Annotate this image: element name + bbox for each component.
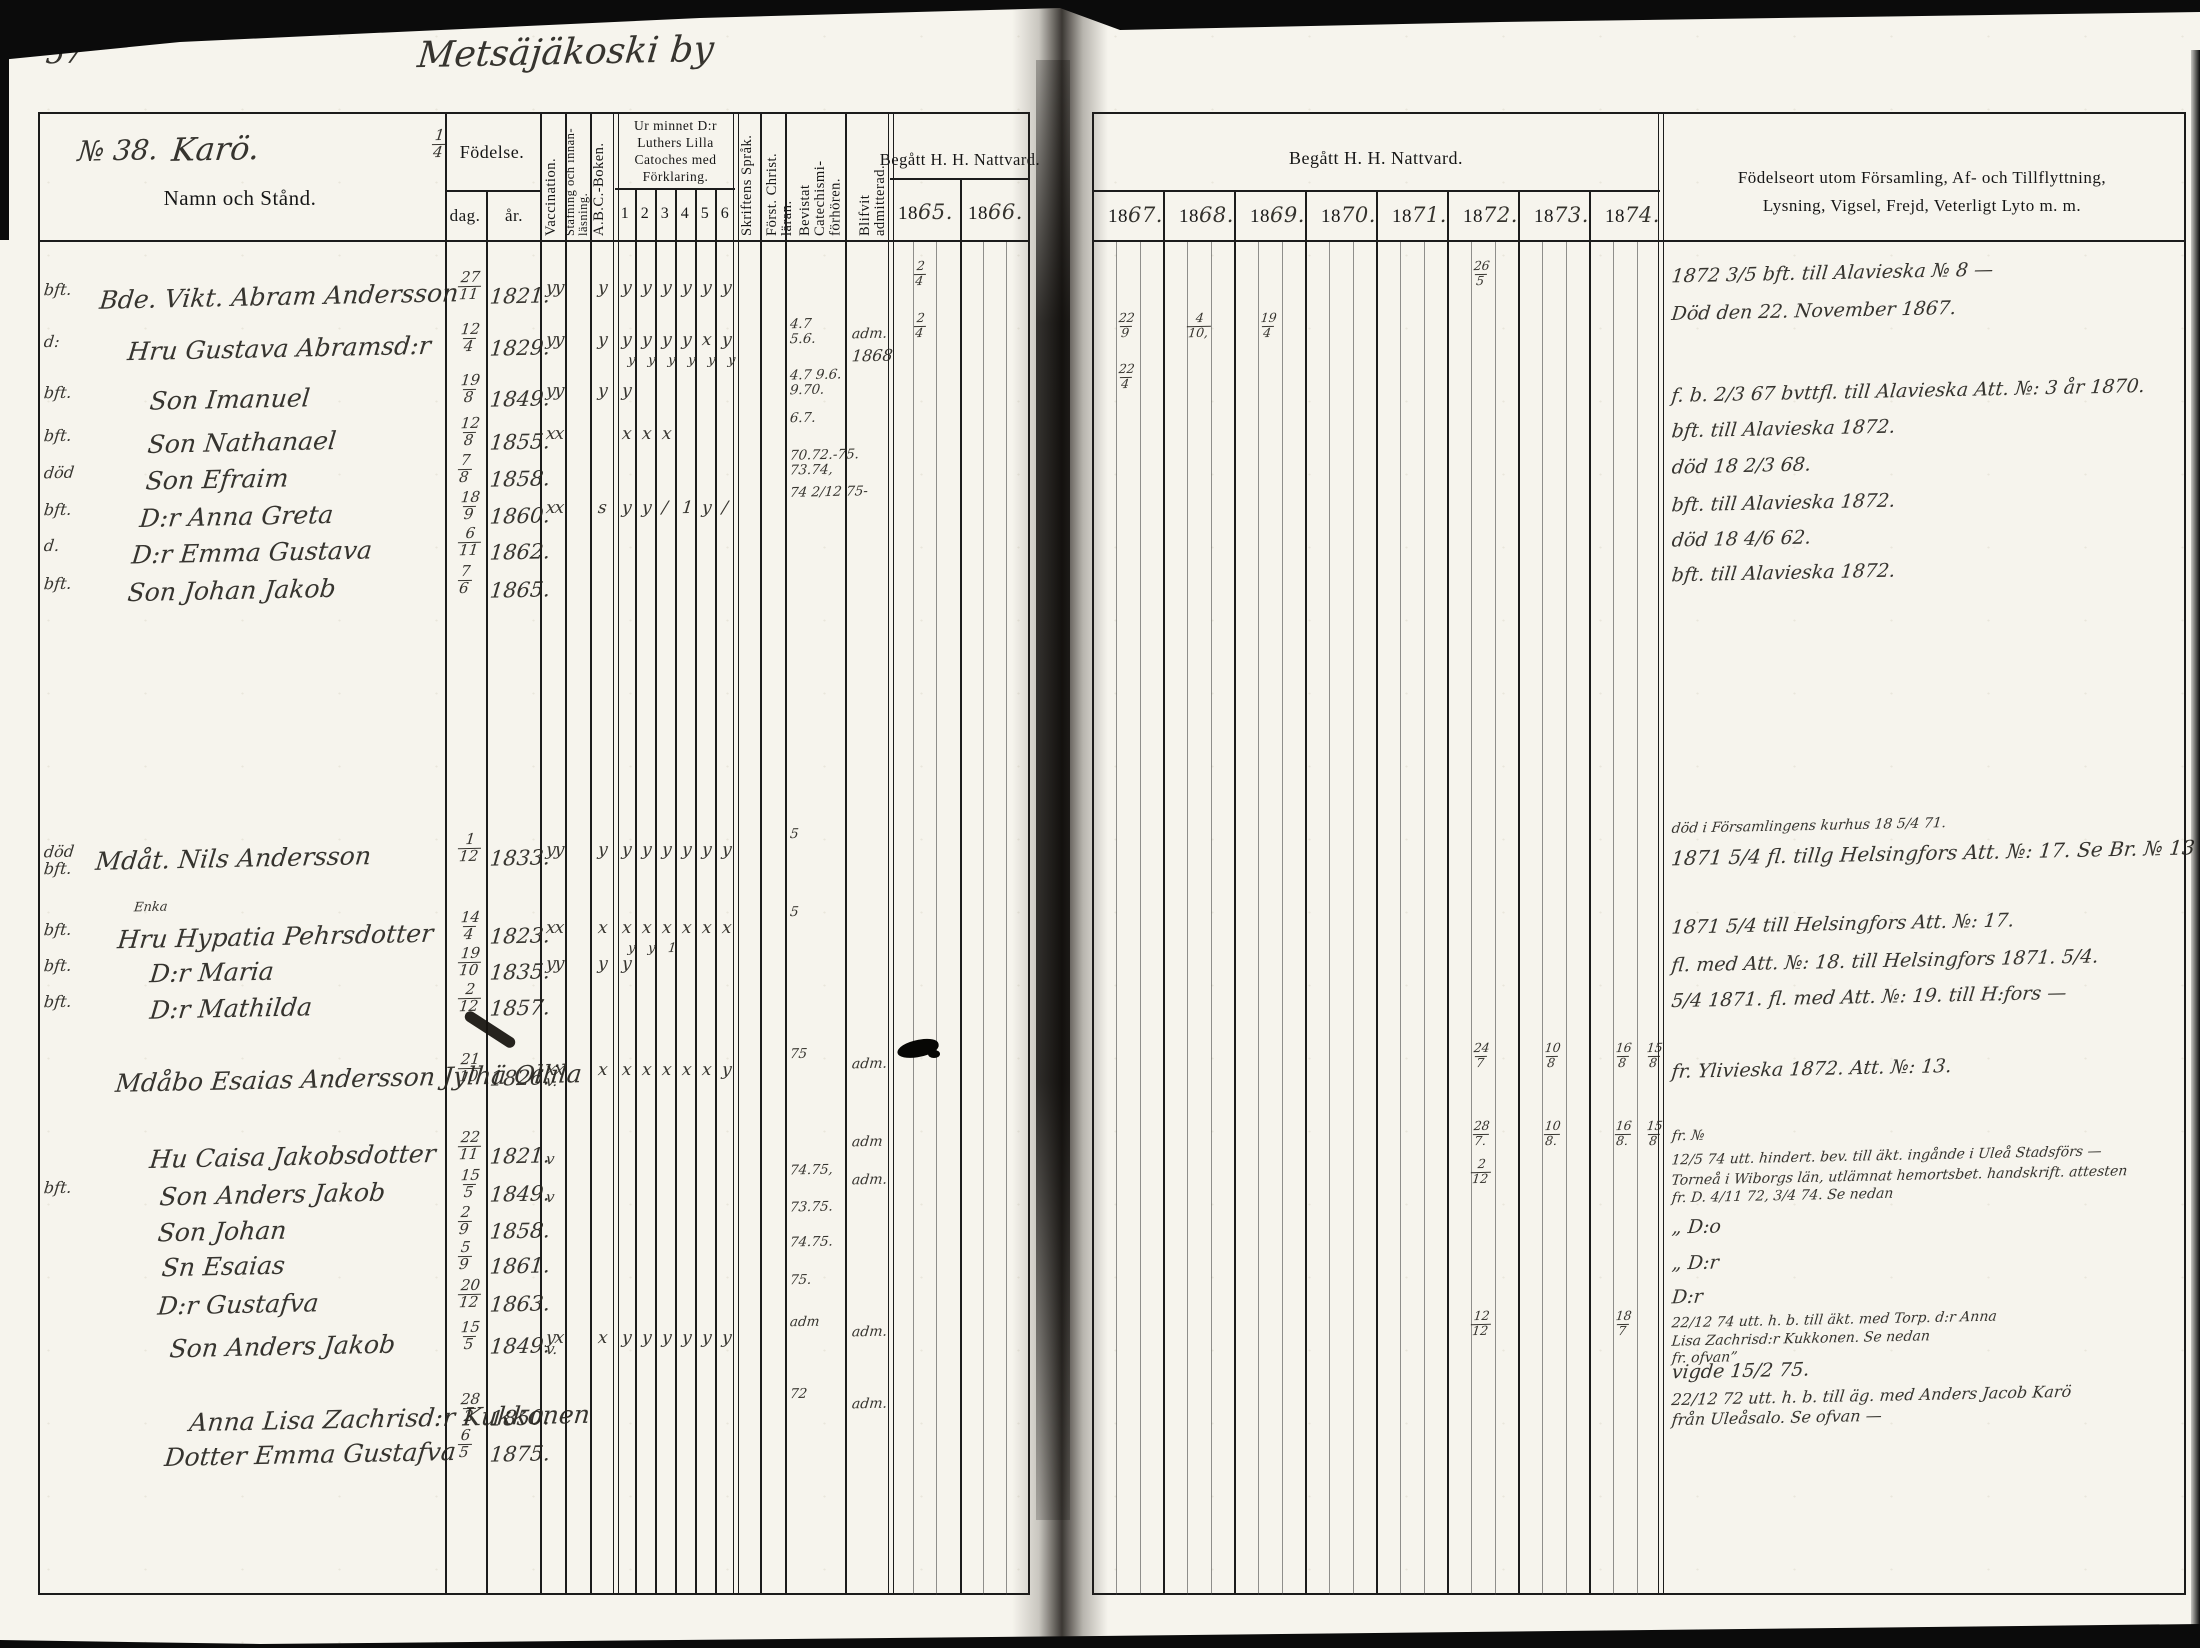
catechism-mark: y	[641, 330, 653, 350]
admitted-note: adm.	[851, 1324, 888, 1341]
margin-code: död	[43, 463, 75, 483]
year-1865: 1865.	[898, 200, 953, 225]
row-name: D:r Emma Gustava	[130, 535, 373, 569]
margin-code: bft.	[43, 920, 73, 940]
header-notes-line2: Lysning, Vigsel, Frejd, Veterligt Lyto m…	[1763, 196, 2081, 216]
birth-year: 1826.	[489, 1065, 552, 1090]
header-vaccination: Vaccination.	[544, 120, 559, 236]
column-midrule	[1116, 240, 1117, 1595]
birth-date: 144	[456, 910, 482, 942]
column-rule	[1447, 190, 1449, 1595]
catechism-mark: y	[701, 498, 713, 518]
birth-date: 112	[456, 832, 482, 864]
column-midrule	[1140, 240, 1141, 1595]
row-name: Son Nathanael	[146, 426, 337, 459]
exam-years: 72	[789, 1386, 808, 1402]
birth-date: 124	[456, 322, 482, 354]
admitted-note: adm.	[851, 326, 888, 343]
catechism-mark: y	[681, 278, 693, 298]
exam-years: 9.70.	[789, 382, 825, 399]
exam-years: 5.6.	[789, 331, 816, 348]
birth-year: 1858.	[489, 466, 552, 491]
birth-year: 1849.	[489, 386, 552, 411]
birth-year: 1860.	[489, 503, 552, 528]
admitted-note: adm	[851, 1134, 883, 1151]
scan-edge-left	[0, 0, 9, 240]
communion-mark: 108	[1541, 1042, 1564, 1069]
column-midrule	[1471, 240, 1472, 1595]
column-rule	[1589, 190, 1591, 1595]
header-rule	[890, 178, 1030, 180]
column-midrule	[1329, 240, 1330, 1595]
column-rule	[1234, 190, 1236, 1595]
column-rule	[785, 112, 787, 1595]
header-birth: Födelse.	[460, 142, 525, 163]
row-name: D:r Mathilda	[148, 992, 313, 1024]
birth-date: 2012	[456, 1278, 482, 1310]
year-header-1874: 1874.	[1605, 203, 1660, 228]
note-line: D:r	[1671, 1286, 1704, 1309]
birth-year: 1823.	[489, 923, 552, 948]
header-rule	[615, 188, 735, 190]
exam-years: 74 2/12 75-	[789, 483, 869, 501]
column-rule	[1518, 190, 1520, 1595]
year-script: 70.	[1341, 203, 1376, 227]
header-scripture: Skriftens Språk.	[740, 120, 755, 236]
catechism-col-3: 3	[661, 205, 670, 223]
birth-date: 1910	[456, 946, 482, 978]
catechism-col-1: 1	[621, 205, 630, 223]
row-name: Sn Esaias	[160, 1251, 286, 1283]
communion-mark: 224	[1115, 363, 1138, 390]
admitted-year: 1868	[851, 346, 894, 366]
communion-mark: 229	[1115, 312, 1138, 339]
catechism-mark: y	[641, 1328, 653, 1348]
margin-code: bft.	[43, 574, 73, 594]
catechism-mark: x	[641, 918, 653, 938]
year-header-1872: 1872.	[1463, 203, 1518, 228]
birth-year: 1849.	[489, 1181, 552, 1206]
column-midrule	[1211, 240, 1212, 1595]
catechism-mark: x	[621, 1060, 633, 1080]
column-midrule	[1424, 240, 1425, 1595]
column-rule	[1305, 190, 1307, 1595]
header-birth-day: dag.	[450, 206, 481, 226]
row-name: Hu Caisa Jakobsdotter	[148, 1139, 437, 1174]
birth-year: 1863.	[489, 1291, 552, 1316]
column-midrule	[913, 240, 914, 1595]
exam-years: 73.74,	[789, 462, 834, 479]
column-rule	[565, 112, 567, 1595]
header-communion-right: Begått H. H. Nattvard.	[1289, 148, 1463, 169]
communion-mark: 194	[1257, 312, 1280, 339]
header-attended-exams: Bevistat Catechismi- förhören.	[798, 120, 844, 236]
vaccination-mark: xx	[545, 424, 564, 444]
column-midrule	[1613, 240, 1614, 1595]
communion-mark: 212	[1470, 1158, 1493, 1185]
birth-date: 212	[456, 982, 482, 1014]
column-midrule	[1495, 240, 1496, 1595]
vaccination-mark: yx	[545, 1328, 564, 1348]
catechism-col-5: 5	[701, 205, 710, 223]
catechism-mark: y	[721, 330, 733, 350]
column-rule	[695, 188, 697, 1595]
catechism-mark: y	[661, 840, 673, 860]
catechism-mark: y	[661, 1328, 673, 1348]
birth-year: 1858.	[489, 1218, 552, 1243]
column-rule	[1376, 190, 1378, 1595]
birth-year: 1862.	[489, 539, 552, 564]
birth-year: 1861.	[489, 1253, 552, 1278]
household-number: № 38.	[76, 133, 159, 168]
catechism-mark: y	[681, 330, 693, 350]
column-midrule	[936, 240, 937, 1595]
birth-date: 155	[456, 1320, 482, 1352]
catechism-mark: x	[721, 918, 733, 938]
catechism-mark-2: y	[707, 353, 716, 368]
year-header-1868: 1868.	[1179, 203, 1234, 228]
row-name: Son Anders Jakob	[168, 1330, 397, 1364]
abc-mark: s	[597, 498, 608, 518]
book-fold-shadow	[1036, 60, 1070, 1520]
exam-years: adm	[789, 1314, 820, 1331]
column-rule	[960, 178, 962, 1595]
note-line: död 18 4/6 62.	[1671, 527, 1812, 552]
note-line: död 18 2/3 68.	[1671, 454, 1812, 479]
vaccination-mark: yy	[545, 381, 564, 401]
birth-date: 155	[456, 1168, 482, 1200]
column-midrule	[1006, 240, 1007, 1595]
exam-years: 6.7.	[789, 410, 816, 427]
catechism-mark: y	[701, 840, 713, 860]
column-midrule	[1542, 240, 1543, 1595]
exam-years: 5	[789, 826, 799, 842]
birth-year: 1865.	[489, 577, 552, 602]
birth-year: 1857.	[489, 995, 552, 1020]
birth-year: 1821.	[489, 283, 552, 308]
vaccination-mark: yy	[545, 954, 564, 974]
catechism-mark: y	[621, 498, 633, 518]
catechism-mark-2: y	[627, 353, 636, 368]
column-rule	[733, 112, 739, 1595]
column-midrule	[1187, 240, 1188, 1595]
column-rule	[613, 112, 619, 1595]
birth-date: 128	[456, 416, 482, 448]
column-rule	[1163, 190, 1165, 1595]
scanned-register-spread: 57 Metsäjäkoski by 14 № 38. Karö. Namn o…	[0, 0, 2200, 1648]
catechism-mark-2: y	[667, 353, 676, 368]
column-rule	[715, 188, 717, 1595]
birth-year: 1829.	[489, 335, 552, 360]
year-header-1869: 1869.	[1250, 203, 1305, 228]
row-name: Son Johan	[156, 1216, 288, 1248]
row-name: Son Imanuel	[148, 383, 311, 415]
column-rule	[888, 112, 894, 1595]
communion-mark: 287.	[1470, 1120, 1493, 1147]
vaccination-mark: xx	[545, 1060, 564, 1080]
birth-year: 1855.	[489, 429, 552, 454]
catechism-mark: y	[681, 840, 693, 860]
margin-code: bft.	[43, 280, 73, 300]
vaccination-mark: yy	[545, 840, 564, 860]
catechism-mark: x	[681, 918, 693, 938]
column-rule	[760, 112, 762, 1595]
year-script: 73.	[1554, 203, 1589, 227]
name-superscript: Enka	[133, 900, 168, 916]
birth-date: 282	[456, 1392, 482, 1424]
communion-mark: 265	[1470, 260, 1493, 287]
catechism-mark: x	[701, 918, 713, 938]
note-line: „ D:r	[1671, 1252, 1720, 1275]
year-header-1870: 1870.	[1321, 203, 1376, 228]
vaccination-mark: xx	[545, 498, 564, 518]
header-rule	[1092, 190, 1660, 192]
column-rule	[1658, 112, 1664, 1595]
header-abc-book: A.B.C.-Boken.	[592, 120, 607, 236]
catechism-mark-2: y	[727, 353, 736, 368]
margin-code: bft.	[43, 500, 73, 520]
catechism-mark: y	[661, 330, 673, 350]
birth-date: 198	[456, 373, 482, 405]
scan-edge-right	[2191, 50, 2200, 1648]
year-script: 68.	[1199, 203, 1234, 227]
catechism-mark: y	[621, 278, 633, 298]
communion-mark: 247	[1470, 1042, 1493, 1069]
row-name: Mdåt. Nils Andersson	[94, 841, 372, 876]
exam-years: 75.	[789, 1272, 812, 1288]
column-midrule	[1282, 240, 1283, 1595]
year-header-1867: 1867.	[1108, 203, 1163, 228]
catechism-mark: y	[641, 840, 653, 860]
birth-year: 1821.	[489, 1143, 552, 1168]
admitted-note: adm.	[851, 1056, 888, 1073]
abc-mark: y	[597, 954, 609, 974]
header-spelling: Stafning och innan- läsning.	[564, 120, 590, 236]
catechism-mark: y	[661, 278, 673, 298]
catechism-mark: x	[641, 1060, 653, 1080]
village-name-script: Karö.	[170, 129, 261, 169]
communion-mark: 168	[1612, 1042, 1635, 1069]
row-name: Son Johan Jakob	[126, 574, 337, 607]
catechism-mark: x	[621, 424, 633, 444]
birth-date: 189	[456, 490, 482, 522]
catechism-mark: x	[661, 424, 673, 444]
year-script: 67.	[1128, 203, 1163, 227]
exam-years: 5	[789, 904, 799, 920]
row-name: D:r Gustafva	[156, 1288, 320, 1320]
year-header-1873: 1873.	[1534, 203, 1589, 228]
header-admitted: Blifvit admitterad.	[858, 120, 888, 236]
catechism-mark: y	[681, 1328, 693, 1348]
catechism-mark: x	[641, 424, 653, 444]
catechism-mark: y	[701, 1328, 713, 1348]
margin-code: d:	[43, 332, 61, 351]
catechism-mark: x	[701, 330, 713, 350]
catechism-mark: x	[621, 918, 633, 938]
note-line: fr. №	[1671, 1128, 1705, 1145]
catechism-mark: y	[621, 1328, 633, 1348]
birth-year: 1850.	[489, 1405, 552, 1430]
exam-years: 74.75,	[789, 1162, 834, 1179]
year-header-1871: 1871.	[1392, 203, 1447, 228]
catechism-col-6: 6	[721, 205, 730, 223]
row-name: Son Anders Jakob	[158, 1178, 387, 1212]
row-name: D:r Maria	[148, 957, 275, 989]
ink-blot-tail	[928, 1050, 940, 1058]
abc-mark: y	[597, 381, 609, 401]
abc-mark: x	[597, 918, 609, 938]
birth-year: 1849.	[489, 1333, 552, 1358]
catechism-mark: y	[721, 1328, 733, 1348]
catechism-mark: x	[661, 1060, 673, 1080]
header-birth-year: år.	[505, 206, 523, 226]
communion-mark: 410,	[1186, 312, 1213, 339]
page-title-script: Metsäjäkoski by	[416, 29, 716, 76]
exam-years: 75	[789, 1046, 808, 1062]
note-line: vigde 15/2 75.	[1671, 1359, 1811, 1384]
column-rule	[486, 190, 488, 1595]
birth-date: 2211	[456, 1130, 482, 1162]
margin-code: d.	[43, 536, 60, 555]
margin-code: bft.	[43, 383, 73, 403]
birth-date: 2110	[456, 1052, 482, 1084]
catechism-mark-2: y	[647, 353, 656, 368]
column-midrule	[1258, 240, 1259, 1595]
communion-mark-edge: 158	[1643, 1042, 1666, 1069]
margin-code: bft.	[43, 859, 73, 879]
abc-mark: y	[597, 278, 609, 298]
catechism-mark: y	[641, 278, 653, 298]
communion-mark: 168.	[1612, 1120, 1635, 1147]
header-rule	[445, 190, 540, 192]
communion-mark: 187	[1612, 1310, 1635, 1337]
catechism-mark: y	[701, 278, 713, 298]
column-rule	[635, 188, 637, 1595]
birth-year: 1833.	[489, 845, 552, 870]
abc-mark: x	[597, 1060, 609, 1080]
column-midrule	[1400, 240, 1401, 1595]
column-rule	[845, 112, 847, 1595]
admitted-note: adm.	[851, 1396, 888, 1413]
catechism-mark: x	[681, 1060, 693, 1080]
abc-mark: y	[597, 840, 609, 860]
birth-year: 1835.	[489, 959, 552, 984]
birth-date: 2711	[456, 270, 482, 302]
communion-mark: 1212	[1470, 1310, 1493, 1337]
birth-year: 1875.	[489, 1441, 552, 1466]
header-rule	[38, 240, 1030, 242]
communion-mark: 108.	[1541, 1120, 1564, 1147]
year-script: 71.	[1412, 203, 1447, 227]
margin-code: bft.	[43, 426, 73, 446]
catechism-mark: y	[721, 1060, 733, 1080]
catechism-col-2: 2	[641, 205, 650, 223]
exam-years: 73.75.	[789, 1199, 834, 1216]
birth-date: 611	[456, 526, 482, 558]
year-script: 74.	[1625, 203, 1660, 227]
row-name: D:r Anna Greta	[138, 500, 335, 533]
abc-mark: y	[597, 330, 609, 350]
catechism-mark: y	[621, 381, 633, 401]
column-midrule	[983, 240, 984, 1595]
column-midrule	[1353, 240, 1354, 1595]
vaccination-mark: xx	[545, 918, 564, 938]
year-script: 69.	[1270, 203, 1305, 227]
catechism-mark: x	[661, 918, 673, 938]
catechism-mark-2: 1	[667, 941, 677, 956]
header-rule	[1092, 240, 2186, 242]
row-name: Son Efraim	[144, 464, 290, 496]
catechism-mark-2: y	[647, 941, 656, 956]
vaccination-mark: yy	[545, 330, 564, 350]
header-catechism: Ur minnet D:r Luthers Lilla Catoches med…	[619, 118, 732, 186]
row-name: Dotter Emma Gustafva	[163, 1437, 457, 1472]
year-1865-script: 65.	[918, 200, 953, 224]
catechism-mark: y	[641, 498, 653, 518]
catechism-mark: y	[621, 330, 633, 350]
column-rule	[445, 112, 447, 1595]
margin-code: bft.	[43, 992, 73, 1012]
header-name-col: Namn och Stånd.	[164, 186, 317, 211]
column-rule	[590, 112, 592, 1595]
abc-mark: x	[597, 1328, 609, 1348]
catechism-mark: y	[721, 840, 733, 860]
column-rule	[675, 188, 677, 1595]
communion-mark-edge: 158	[1643, 1120, 1666, 1147]
header-christian-doctrine: Först. Christ. läran.	[765, 120, 795, 236]
column-rule	[655, 188, 657, 1595]
column-midrule	[1566, 240, 1567, 1595]
exam-years: 4.7	[789, 316, 812, 332]
catechism-mark: 1	[681, 498, 694, 518]
catechism-mark: y	[621, 954, 633, 974]
catechism-mark: y	[721, 278, 733, 298]
column-midrule	[1637, 240, 1638, 1595]
exam-years: 74.75.	[789, 1234, 834, 1251]
margin-code: bft.	[43, 1178, 73, 1198]
catechism-mark-2: y	[687, 353, 696, 368]
catechism-col-4: 4	[681, 205, 690, 223]
note-line: „ D:o	[1671, 1215, 1722, 1238]
catechism-mark: y	[621, 840, 633, 860]
catechism-mark: x	[701, 1060, 713, 1080]
vaccination-mark: yy	[545, 278, 564, 298]
year-script: 72.	[1483, 203, 1518, 227]
header-notes-line1: Födelseort utom Församling, Af- och Till…	[1738, 168, 2106, 188]
admitted-note: adm.	[851, 1172, 888, 1189]
margin-code: bft.	[43, 956, 73, 976]
